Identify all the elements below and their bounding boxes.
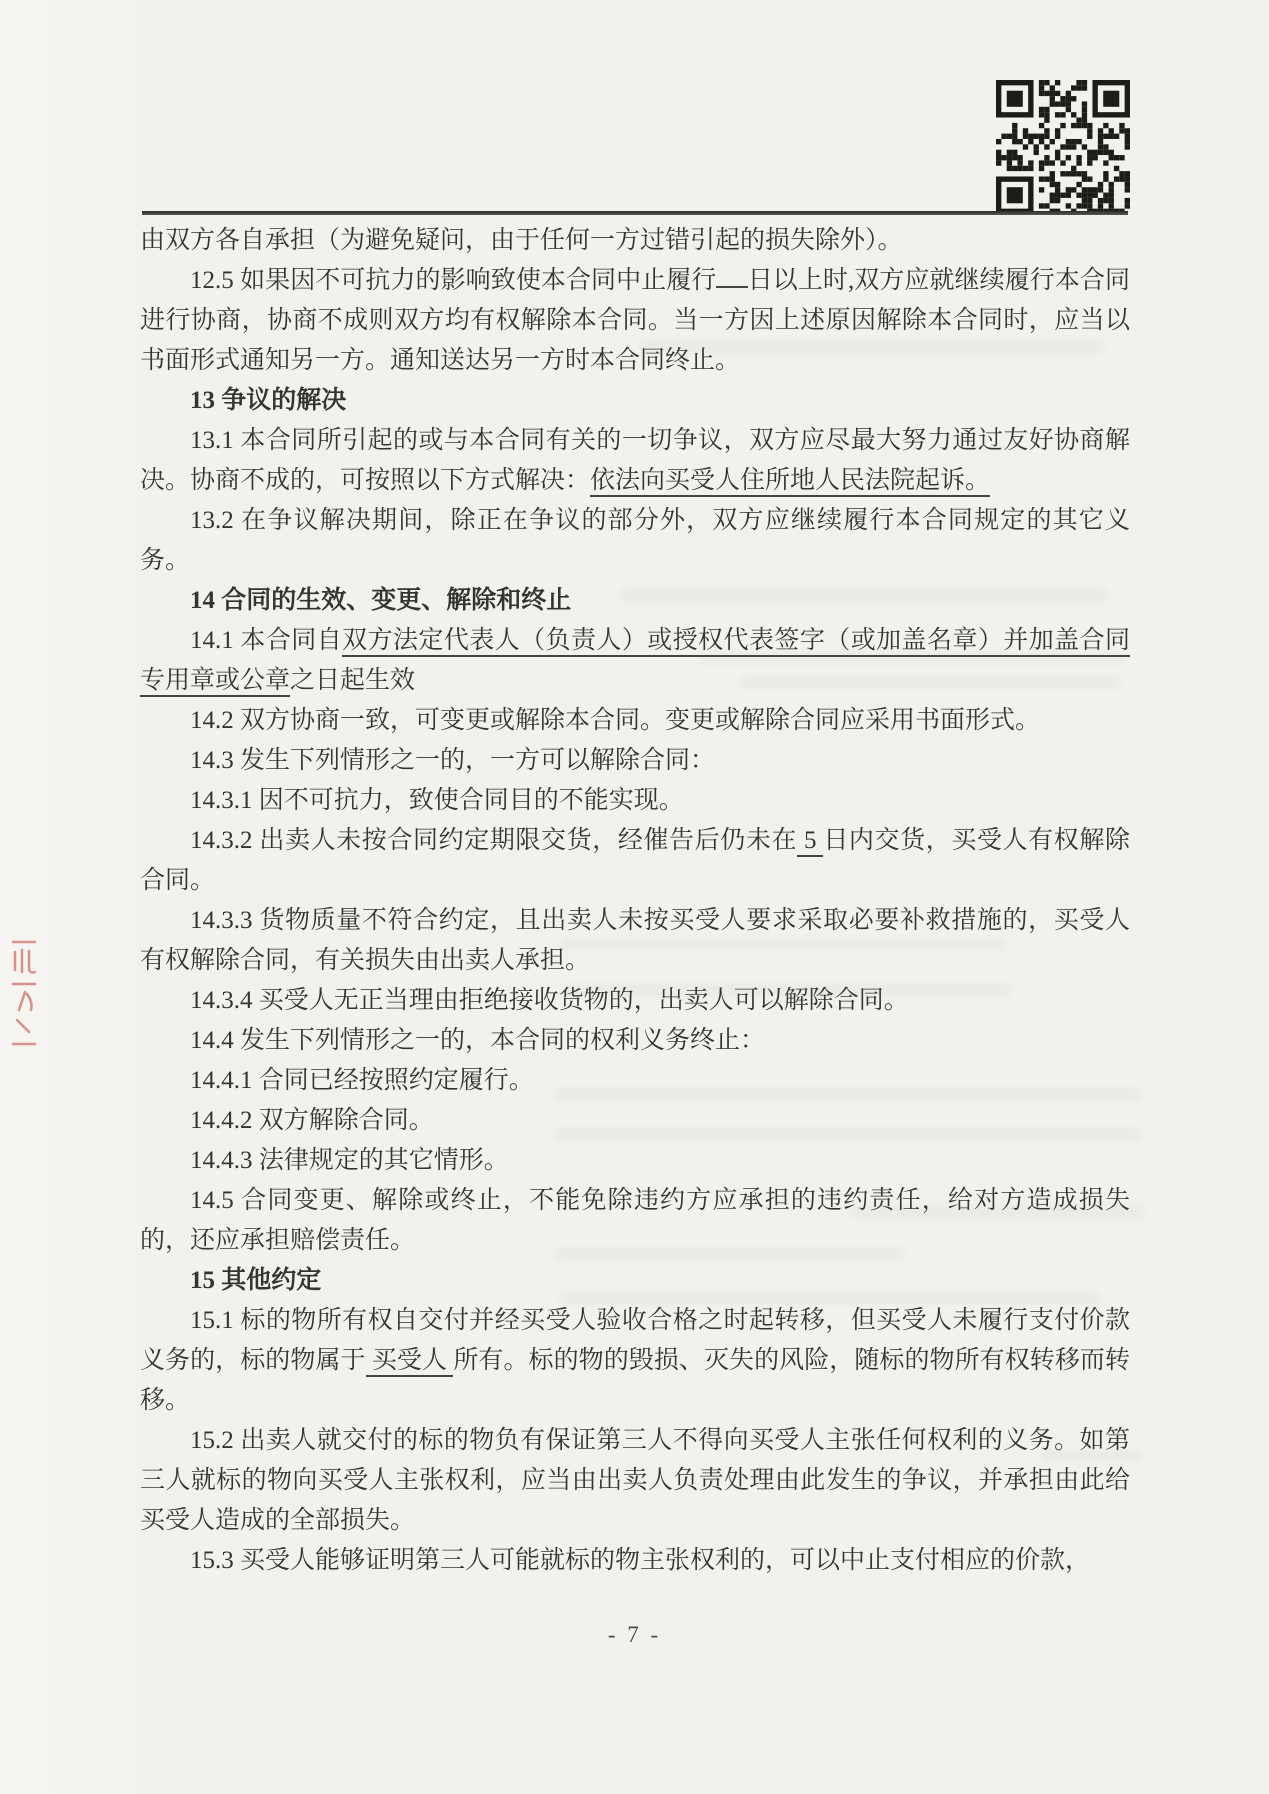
paragraph-h-13: 13 争议的解决 [140, 381, 1130, 421]
text-run: 14.3 发生下列情形之一的，一方可以解除合同： [190, 747, 715, 774]
paragraph-cont-12-4: 由双方各自承担（为避免疑问，由于任何一方过错引起的损失除外）。 [140, 221, 1130, 261]
paragraph-14-3: 14.3 发生下列情形之一的，一方可以解除合同： [140, 741, 1130, 781]
text-run: 14.4 发生下列情形之一的，本合同的权利义务终止： [190, 1027, 765, 1054]
contract-text: 由双方各自承担（为避免疑问，由于任何一方过错引起的损失除外）。12.5 如果因不… [140, 221, 1130, 1581]
paragraph-13-1: 13.1 本合同所引起的或与本合同有关的一切争议，双方应尽最大努力通过友好协商解… [140, 421, 1130, 501]
text-run: 13.2 在争议解决期间，除正在争议的部分外，双方应继续履行本合同规定的其它义务… [140, 507, 1130, 574]
text-run: 14.4.3 法律规定的其它情形。 [190, 1147, 509, 1174]
paragraph-h-15: 15 其他约定 [140, 1261, 1130, 1301]
paragraph-14-3-3: 14.3.3 货物质量不符合约定，且出卖人未按买受人要求采取必要补救措施的，买受… [140, 901, 1130, 981]
underlined-text: 买受人 [366, 1347, 454, 1377]
paragraph-14-2: 14.2 双方协商一致，可变更或解除本合同。变更或解除合同应采用书面形式。 [140, 701, 1130, 741]
paragraph-15-2: 15.2 出卖人就交付的标的物负有保证第三人不得向买受人主张任何权利的义务。如第… [140, 1421, 1130, 1541]
text-run: 15.2 出卖人就交付的标的物负有保证第三人不得向买受人主张任何权利的义务。如第… [140, 1427, 1130, 1534]
paragraph-14-3-1: 14.3.1 因不可抗力，致使合同目的不能实现。 [140, 781, 1130, 821]
text-run: 15.3 买受人能够证明第三人可能就标的物主张权利的，可以中止支付相应的价款， [190, 1547, 1090, 1574]
scanned-contract-page: 由双方各自承担（为避免疑问，由于任何一方过错引起的损失除外）。12.5 如果因不… [0, 0, 1269, 1794]
text-run: 14 合同的生效、变更、解除和终止 [190, 587, 571, 614]
text-run: 14.2 双方协商一致，可变更或解除本合同。变更或解除合同应采用书面形式。 [190, 707, 1040, 734]
paragraph-14-4-3: 14.4.3 法律规定的其它情形。 [140, 1141, 1130, 1181]
paragraph-14-4-1: 14.4.1 合同已经按照约定履行。 [140, 1061, 1130, 1101]
paragraph-14-4-2: 14.4.2 双方解除合同。 [140, 1101, 1130, 1141]
red-seal-fragment [5, 936, 41, 1054]
paragraph-13-2: 13.2 在争议解决期间，除正在争议的部分外，双方应继续履行本合同规定的其它义务… [140, 501, 1130, 581]
qr-code-image [996, 80, 1130, 214]
paragraph-14-5: 14.5 合同变更、解除或终止，不能免除违约方应承担的违约责任，给对方造成损失的… [140, 1181, 1130, 1261]
paragraph-14-1: 14.1 本合同自双方法定代表人（负责人）或授权代表签字（或加盖名章）并加盖合同… [140, 621, 1130, 701]
text-run: 14.3.3 货物质量不符合约定，且出卖人未按买受人要求采取必要补救措施的，买受… [140, 907, 1130, 974]
underlined-text: 依法向买受人住所地人民法院起诉。 [590, 467, 990, 497]
paragraph-14-3-4: 14.3.4 买受人无正当理由拒绝接收货物的，出卖人可以解除合同。 [140, 981, 1130, 1021]
page-number: - 7 - [0, 1622, 1269, 1648]
text-run: 14.4.1 合同已经按照约定履行。 [190, 1067, 534, 1094]
text-run: 14.1 本合同自 [190, 627, 342, 654]
paragraph-12-5: 12.5 如果因不可抗力的影响致使本合同中止履行日以上时,双方应就继续履行本合同… [140, 261, 1130, 381]
text-run: 15 其他约定 [190, 1267, 321, 1294]
text-run: 13 争议的解决 [190, 387, 346, 414]
text-run: 14.3.2 出卖人未按合同约定期限交货，经催告后仍未在 [190, 827, 797, 854]
text-run: 由双方各自承担（为避免疑问，由于任何一方过错引起的损失除外）。 [140, 227, 903, 254]
text-run: 14.3.4 买受人无正当理由拒绝接收货物的，出卖人可以解除合同。 [190, 987, 909, 1014]
paragraph-15-1: 15.1 标的物所有权自交付并经买受人验收合格之时起转移，但买受人未履行支付价款… [140, 1301, 1130, 1421]
fill-in-blank [716, 264, 747, 289]
text-run: 14.3.1 因不可抗力，致使合同目的不能实现。 [190, 787, 684, 814]
text-run: 14.4.2 双方解除合同。 [190, 1107, 434, 1134]
underlined-text: 5 [797, 827, 823, 857]
paragraph-h-14: 14 合同的生效、变更、解除和终止 [140, 581, 1130, 621]
paragraph-15-3: 15.3 买受人能够证明第三人可能就标的物主张权利的，可以中止支付相应的价款， [140, 1541, 1130, 1581]
text-run: 14.5 合同变更、解除或终止，不能免除违约方应承担的违约责任，给对方造成损失的… [140, 1187, 1130, 1254]
paragraph-14-4: 14.4 发生下列情形之一的，本合同的权利义务终止： [140, 1021, 1130, 1061]
text-run: 之日起生效 [290, 667, 415, 694]
text-run: 12.5 如果因不可抗力的影响致使本合同中止履行 [190, 267, 716, 294]
paragraph-14-3-2: 14.3.2 出卖人未按合同约定期限交货，经催告后仍未在 5 日内交货，买受人有… [140, 821, 1130, 901]
header-rule [142, 211, 1128, 215]
